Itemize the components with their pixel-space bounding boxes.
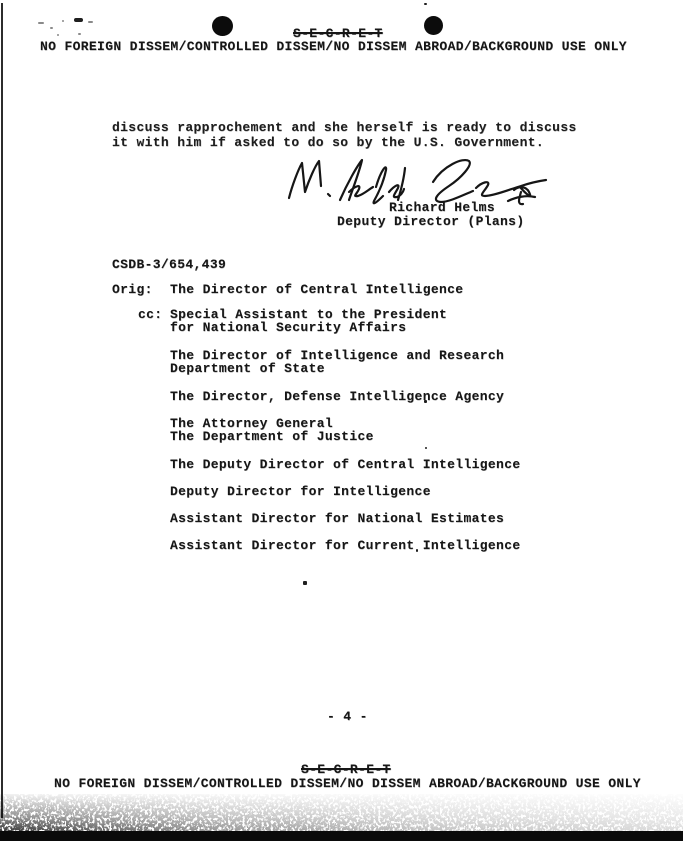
footer-dissemination-line: NO FOREIGN DISSEM/CONTROLLED DISSEM/NO D… xyxy=(54,777,641,790)
cc-entry: Assistant Director for Current Intellige… xyxy=(170,539,521,552)
cc-entry: Deputy Director for Intelligence xyxy=(170,485,431,498)
cc-entry: Assistant Director for National Estimate… xyxy=(170,512,504,525)
cc-entry: The Department of Justice xyxy=(170,430,374,443)
scan-speck xyxy=(416,549,418,552)
body-paragraph-line-1: discuss rapprochement and she herself is… xyxy=(112,121,577,134)
signature-name: Richard Helms xyxy=(389,201,495,214)
pencil-mark xyxy=(50,27,53,29)
pencil-mark xyxy=(74,18,83,22)
scan-noise-band xyxy=(0,794,683,841)
scan-speck xyxy=(424,400,427,403)
orig-value: The Director of Central Intelligence xyxy=(170,283,463,296)
scan-speck xyxy=(303,581,307,585)
cc-entry: The Deputy Director of Central Intellige… xyxy=(170,458,521,471)
pencil-mark xyxy=(62,20,64,22)
pencil-mark xyxy=(57,34,59,36)
body-paragraph-line-2: it with him if asked to do so by the U.S… xyxy=(112,136,544,149)
hole-punch-dot-right xyxy=(424,16,443,35)
reference-number: CSDB-3/654,439 xyxy=(112,258,226,271)
scan-speck xyxy=(425,447,427,449)
scan-bottom-bar xyxy=(0,831,683,841)
cc-entry: for National Security Affairs xyxy=(170,321,406,334)
pencil-mark xyxy=(38,22,44,24)
document-page: S-E-C-R-E-T NO FOREIGN DISSEM/CONTROLLED… xyxy=(0,0,683,841)
scan-speck xyxy=(424,3,427,5)
page-number: - 4 - xyxy=(327,710,368,723)
footer-classification-stamp: S-E-C-R-E-T xyxy=(301,763,391,776)
cc-entry: Department of State xyxy=(170,362,325,375)
pencil-mark xyxy=(88,21,93,23)
hole-punch-dot-left xyxy=(212,16,233,36)
header-dissemination-line: NO FOREIGN DISSEM/CONTROLLED DISSEM/NO D… xyxy=(40,40,627,53)
cc-label: cc: xyxy=(138,308,162,321)
cc-entry: The Director, Defense Intelligence Agenc… xyxy=(170,390,504,403)
orig-label: Orig: xyxy=(112,283,153,296)
pencil-mark xyxy=(78,33,81,35)
scan-edge-artifact xyxy=(1,3,3,818)
signature-title: Deputy Director (Plans) xyxy=(337,215,524,228)
